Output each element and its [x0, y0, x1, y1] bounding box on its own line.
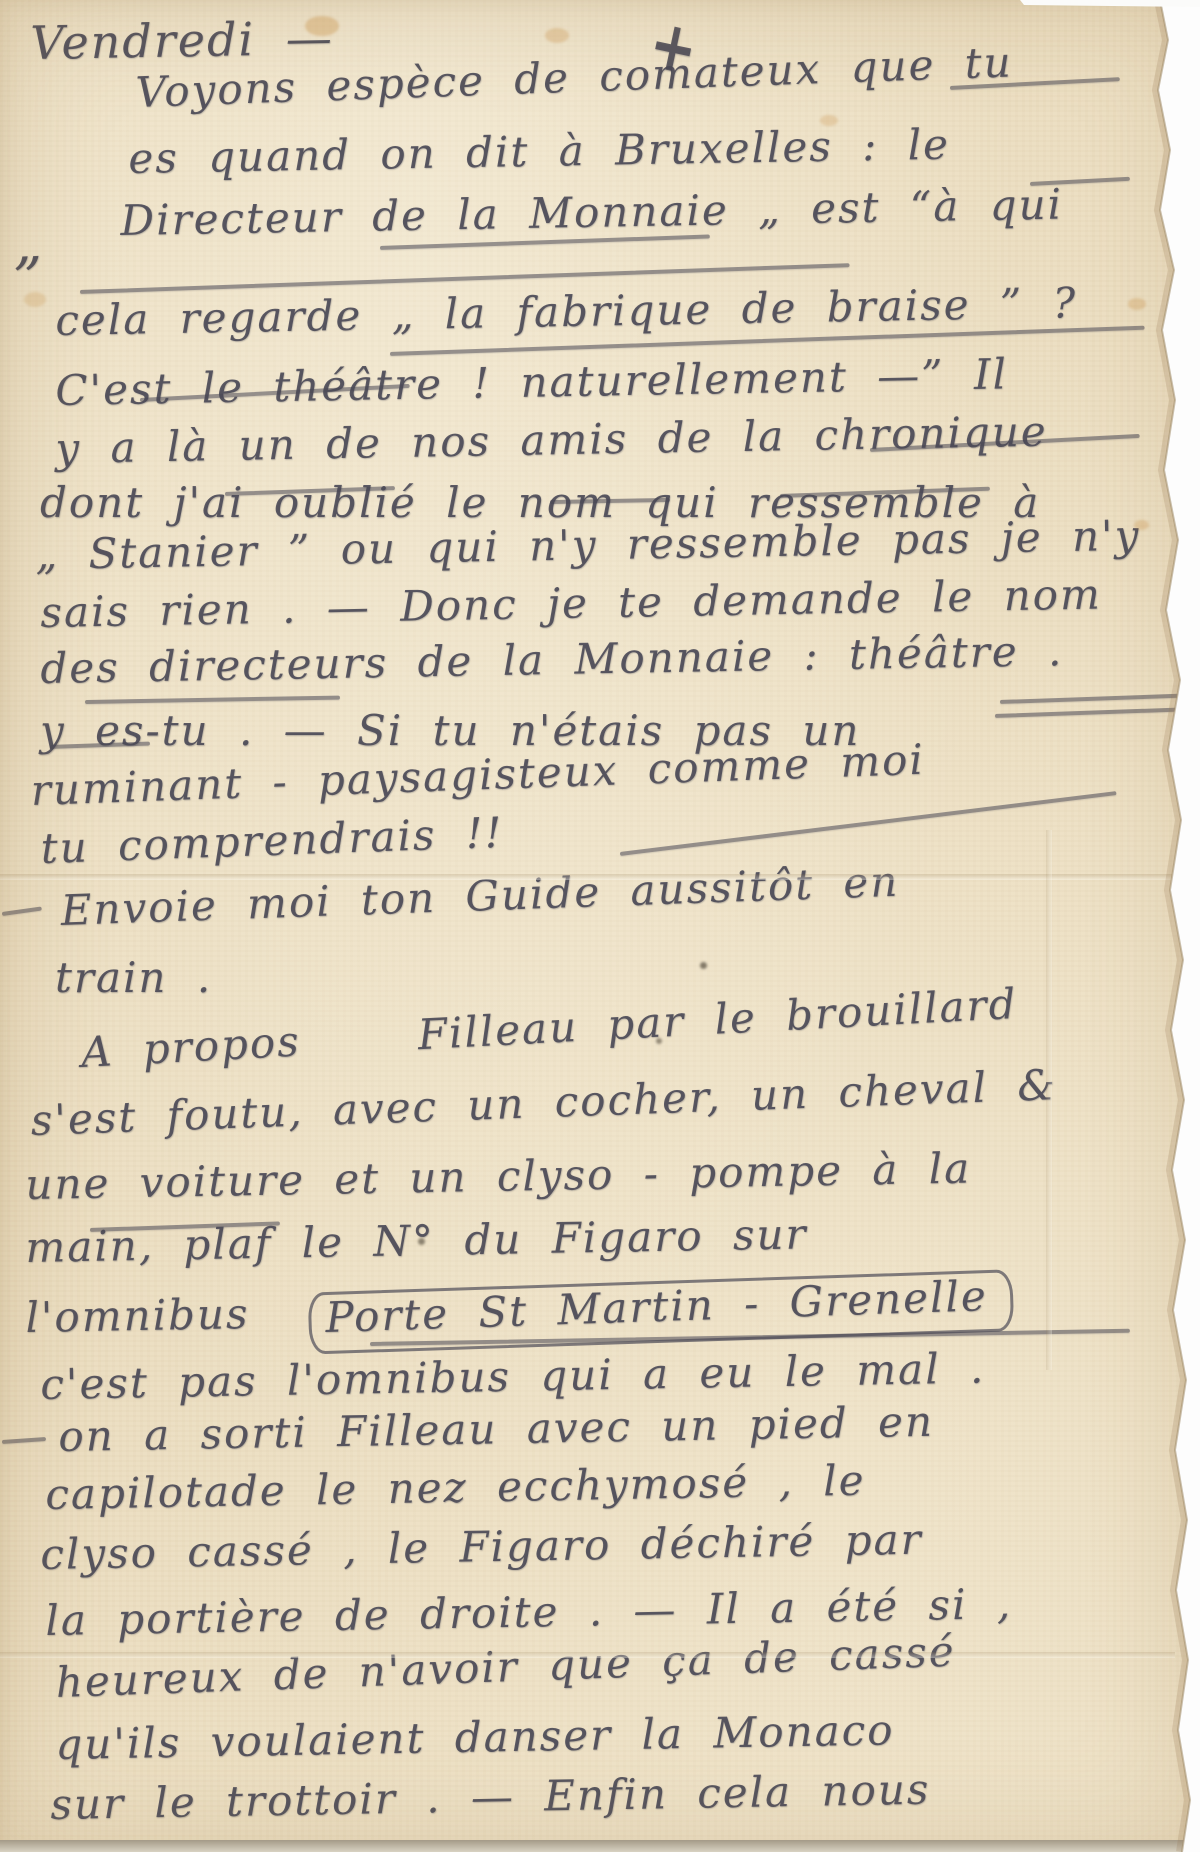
- letter-line: main, plaf le N° du Figaro sur: [25, 1211, 808, 1271]
- letter-line: es quand on dit à Bruxelles : le: [128, 122, 950, 183]
- letter-line-part: l'omnibus: [25, 1288, 309, 1342]
- margin-dash-mark: [2, 1437, 46, 1444]
- letter-line: on a sorti Filleau avec un pied en: [58, 1399, 934, 1460]
- letter-line: sur le trottoir . — Enfin cela nous: [50, 1767, 931, 1829]
- pen-stroke: [1030, 177, 1130, 186]
- letter-line: clyso cassé , le Figaro déchiré par: [40, 1517, 923, 1579]
- letter-line: qu'ils voulaient danser la Monaco: [55, 1707, 895, 1768]
- stain: [418, 1238, 425, 1245]
- margin-dash-mark: [2, 906, 42, 915]
- date-line: Vendredi —: [30, 13, 334, 69]
- stain: [305, 16, 339, 36]
- stain: [820, 115, 838, 126]
- letter-line: une voiture et un clyso - pompe à la: [25, 1145, 972, 1208]
- letter-line: sais rien . — Donc je te demande le nom: [40, 571, 1102, 636]
- letter-line: tu comprendrais !!: [40, 810, 504, 872]
- stain: [700, 962, 707, 969]
- letter-line: A propos Filleau par le brouillard: [80, 981, 1019, 1076]
- letter-page: Vendredi — + „ Voyons espèce de comateux…: [0, 0, 1200, 1852]
- letter-line: des directeurs de la Monnaie : théâtre .: [40, 628, 1064, 692]
- letter-line: train .: [55, 955, 212, 1001]
- letter-line: s'est foutu, avec un cocher, un cheval &: [30, 1062, 1057, 1144]
- stain: [656, 1038, 662, 1044]
- margin-quote-mark: „: [12, 213, 45, 276]
- stain: [24, 292, 46, 307]
- stain: [1134, 520, 1149, 530]
- pen-stroke: [620, 791, 1117, 855]
- letter-line: capilotade le nez ecchymosé , le: [45, 1458, 866, 1518]
- letter-line: y a là un de nos amis de la chronique: [55, 409, 1048, 473]
- pen-stroke: [995, 707, 1200, 718]
- letter-line: Envoie moi ton Guide aussitôt en: [60, 859, 900, 934]
- letter-line: Directeur de la Monnaie „ est “à qui: [120, 182, 1063, 245]
- pen-stroke: [1000, 693, 1195, 703]
- scan-bottom-shadow: [0, 1840, 1185, 1852]
- stain: [545, 28, 569, 43]
- stain: [1128, 298, 1146, 310]
- pen-stroke: [85, 696, 340, 704]
- scan-background: Vendredi — + „ Voyons espèce de comateux…: [0, 0, 1200, 1852]
- letter-line: C'est le théâtre ! naturellement —” Il: [55, 351, 1008, 414]
